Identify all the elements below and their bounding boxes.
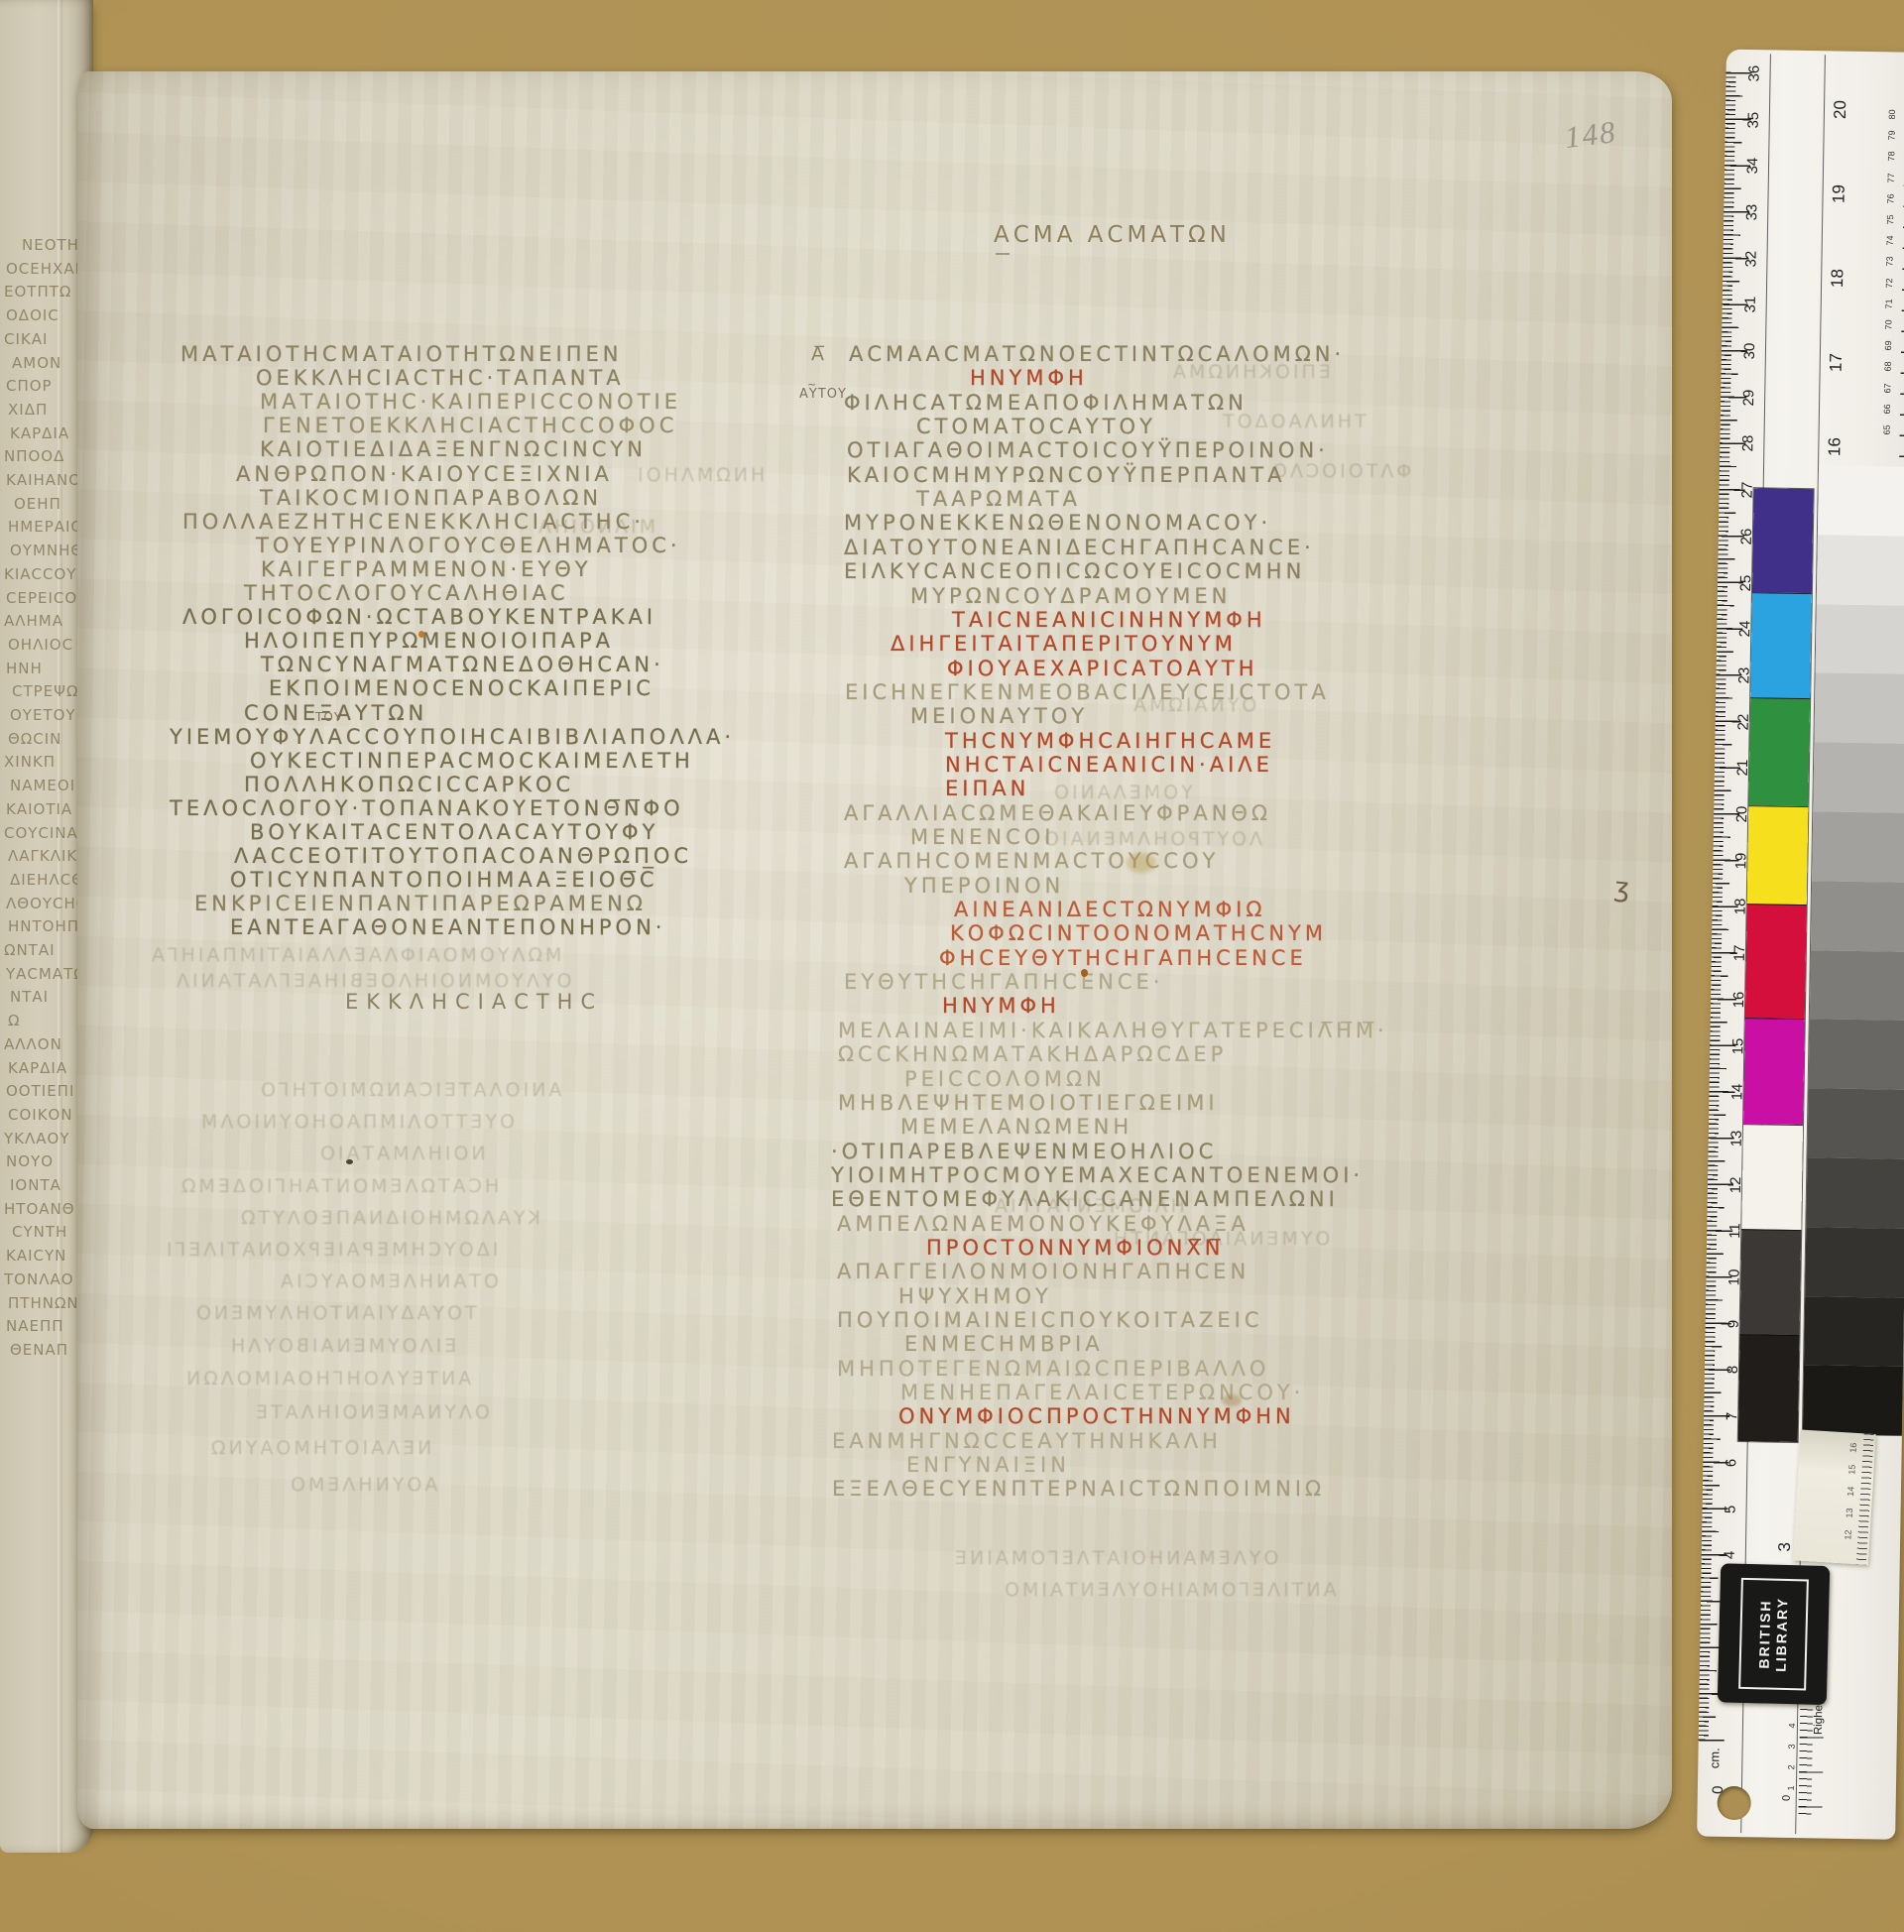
- marginal-correction: ~ΑΥΤΟΥ: [799, 387, 847, 402]
- edge-scale-number: 72: [1884, 273, 1894, 293]
- showthrough-line: ΟΤΑΝΗΛΕΜΟΑΥCΙΑ: [278, 1270, 499, 1292]
- manuscript-text-line: ΟΤΙΑΓΑΘΟΙΜΑCΤΟΙCΟΥΫΠΕΡΟΙΝΟΝ·: [847, 438, 1329, 462]
- manuscript-text-line: ΜΑΤΑΙΟΤΗC·ΚΑΙΠΕΡΙCCΟΝΟΤΙΕ: [260, 390, 681, 414]
- rust-dot: [1081, 969, 1088, 977]
- cm-number: 9: [1725, 1306, 1740, 1342]
- secondary-scale-number: 16: [1828, 426, 1843, 466]
- manuscript-text-line: ΗΨΥΧΗΜΟΥ: [898, 1284, 1052, 1308]
- gray-step: [1818, 465, 1904, 536]
- manuscript-text-line: ΗΝΥΜΦΗ: [942, 994, 1060, 1018]
- manuscript-text-line: ·ΟΤΙΠΑΡΕΒΛΕΨΕΝΜΕΟΗΛΙΟC: [831, 1140, 1217, 1163]
- manuscript-text-line: ΕΞΕΛΘΕCΥΕΝΠΤΕΡΝΑΙCΤΩΝΠΟΙΜΝΙΩ: [832, 1477, 1325, 1501]
- manuscript-text-line: ΔΙΗΓΕΙΤΑΙΤΑΠΕΡΙΤΟΥΝΥΜ: [891, 632, 1237, 656]
- manuscript-text-line: ΦΙΛΗCΑΤΩΜΕΑΠΟΦΙΛΗΜΑΤΩΝ: [844, 391, 1248, 415]
- manuscript-text-line: ΤΩΝCΥΝΑΓΜΑΤΩΝΕΔΟΘΗCΑΝ·: [261, 653, 664, 676]
- manuscript-text-line: CΤΟΜΑΤΟCΑΥΤΟΥ: [916, 415, 1156, 438]
- quire-squiggle-mark: ʒ: [1612, 872, 1631, 904]
- fragment-text-line: ΙΟΝΤΑ: [10, 1176, 61, 1194]
- showthrough-line: ΑΟΥΝΗΛΕΜΟ: [288, 1474, 437, 1496]
- cm-number: 10: [1726, 1260, 1741, 1295]
- fragment-text-line: CΕΡΕΙCΟΥ: [6, 589, 87, 607]
- manuscript-text-line: ΟΥΚΕCΤΙΝΠΕΡΑCΜΟCΚΑΙΜΕΛΕΤΗ: [250, 749, 694, 773]
- gray-step: [1817, 535, 1904, 605]
- cm-number: 34: [1745, 148, 1760, 183]
- cm-number: 14: [1729, 1074, 1744, 1110]
- showthrough-line: ΙΔΟΥCΗΜΕΡΑΙΕΡΧΟΝΑΤΙΛΕΓΙ: [164, 1239, 498, 1261]
- edge-scale-number: 65: [1881, 420, 1891, 439]
- edge-scale-number: 71: [1884, 294, 1894, 313]
- gray-step: [1803, 1366, 1903, 1436]
- edge-scale-number: 67: [1882, 378, 1892, 398]
- fragment-text-line: ΝΟΥΟ: [6, 1152, 54, 1170]
- manuscript-text-line: ΕΝΜΕCΗΜΒΡΙΑ: [904, 1332, 1104, 1356]
- fragment-text-line: ΟΗΛΙΟC: [8, 636, 73, 654]
- edge-scale-number: 76: [1885, 188, 1895, 208]
- fragment-text-line: ΟΥΜΝΗΘ: [10, 542, 83, 559]
- fragment-text-line: ΗΝΗ: [6, 660, 43, 677]
- color-patch-dark-gray: [1740, 1229, 1802, 1335]
- manuscript-text-line: ΕΙCΗΝΕΓΚΕΝΜΕΟΒΑCΙΛΕΥCΕΙCΤΟΤΑ: [845, 680, 1330, 704]
- tail-number: 16: [1847, 1437, 1858, 1458]
- edge-scale-number: 75: [1885, 209, 1895, 229]
- cm-number: 18: [1732, 889, 1747, 924]
- manuscript-text-line: ΑCΜΑΑCΜΑΤΩΝΟΕCΤΙΝΤΩCΑΛΟΜΩΝ·: [849, 342, 1345, 366]
- manuscript-text-line: ΤΟΥΕΥΡΙΝΛΟΓΟΥCΘΕΛΗΜΑΤΟC·: [256, 534, 681, 557]
- edge-scale-number: 70: [1883, 314, 1893, 334]
- fragment-text-line: Ω: [8, 1012, 20, 1029]
- gray-step: [1816, 604, 1904, 674]
- showthrough-line: ΑΝΙΟΛΑΤΕΙCΑΝΩΜΙΟΤΗΓΟ: [258, 1079, 561, 1101]
- cm-numbers: 1234567891011121314151617181920212223242…: [1726, 50, 1904, 53]
- manuscript-text-line: ΦΗCΕΥΘΥΤΗCΗΓΑΠΗCΕΝCΕ: [939, 946, 1307, 970]
- fragment-text-line: ΟΟΤΙΕΠΙ: [6, 1082, 74, 1100]
- manuscript-text-line: ΗΝΥΜΦΗ: [970, 366, 1088, 390]
- manuscript-text-line: ΟΝΥΜΦΙΟCΠΡΟCΤΗΝΝΥΜΦΗΝ: [898, 1404, 1295, 1428]
- showthrough-line: ΝΟΙΗΛΜΑΤΑΙΟ: [317, 1143, 486, 1164]
- cm-number: 23: [1736, 658, 1751, 693]
- fragment-text-line: ΘΩCΙΝ: [8, 730, 61, 748]
- manuscript-text-line: ΗΛΟΙΠΕΠΥΡΩΜΕΝΟΙΟΙΠΑΡΑ: [244, 629, 614, 653]
- tail-number: 13: [1844, 1503, 1854, 1523]
- bottom-scale-number: 2: [1786, 1757, 1796, 1777]
- fragment-text-line: ΟΕΗΠ: [14, 495, 61, 513]
- showthrough-line: ΟΥΕΤΤΟΛΙΜΠΑΟΗΟΥΝΙΟΛΜ: [198, 1111, 515, 1133]
- color-patch-black: [1738, 1334, 1800, 1442]
- fragment-text-line: ΘΕΝΑΠ: [10, 1341, 68, 1359]
- manuscript-text-line: ΠΟΛΛΑΕΖΗΤΗCΕΝΕΚΚΛΗCΙΑCΤΗC·: [182, 510, 645, 534]
- manuscript-text-line: ΛΟΓΟΙCΟΦΩΝ·ΩCΤΑΒΟΥΚΕΝΤΡΑΚΑΙ: [182, 605, 656, 629]
- manuscript-text-line: ΚΟΦΩCΙΝΤΟΟΝΟΜΑΤΗCΝΥΜ: [950, 921, 1327, 945]
- showthrough-line: ΦΛΤΟΙΟCΛΟ: [1269, 460, 1411, 482]
- manuscript-text-line: ΚΑΙΟCΜΗΜΥΡΩΝCΟΥΫΠΕΡΠΑΝΤΑ: [847, 463, 1285, 487]
- showthrough-line: ΟΥΛΥΟΜΝΟΙΗΛΟΕΒΙΗΑΕΓΛΑΤΑΝΙΛ: [174, 970, 571, 992]
- manuscript-text-line: ΥΙΟΙΜΗΤΡΟCΜΟΥΕΜΑΧΕCΑΝΤΟΕΝΕΜΟΙ·: [831, 1163, 1364, 1187]
- cm-number: 30: [1742, 333, 1757, 369]
- fragment-text-line: ΚΑΡΔΙΑ: [10, 424, 69, 442]
- edge-scale-number: 74: [1885, 231, 1895, 251]
- cm-number: 25: [1738, 564, 1753, 600]
- cm-number: 33: [1744, 194, 1759, 230]
- gray-step: [1804, 1296, 1904, 1367]
- manuscript-text-line: ΦΙΟΥΑΕΧΑΡΙCΑΤΟΑΥΤΗ: [947, 657, 1258, 680]
- fragment-text-line: ΑΛΗΜΑ: [4, 612, 63, 630]
- british-library-label-frame: BRITISH LIBRARY: [1738, 1578, 1809, 1691]
- tail-ticks: [1856, 1433, 1874, 1564]
- manuscript-text-line: ΤΗCΝΥΜΦΗCΑΙΗΓΗCΑΜΕ: [945, 729, 1275, 753]
- manuscript-text-line: ΕΑΝΜΗΓΝΩCCΕΑΥΤΗΝΗΚΑΛΗ: [832, 1429, 1222, 1453]
- manuscript-text-line: ΚΑΙΟΤΙΕΔΙΔΑΞΕΝΓΝΩCΙΝCΥΝ: [260, 437, 647, 461]
- cm-number: 21: [1735, 750, 1750, 785]
- manuscript-text-line: ΕΥΘΥΤΗCΗΓΑΠΗCΕΝCΕ·: [844, 970, 1163, 994]
- manuscript-text-line: ΑΝΘΡΩΠΟΝ·ΚΑΙΟΥCΕΞΙΧΝΙΑ: [236, 462, 613, 486]
- tail-number: 12: [1843, 1524, 1853, 1545]
- color-patch-yellow: [1747, 805, 1809, 905]
- book-title-header: ΑCΜΑ ΑCΜΑΤΩΝ: [994, 222, 1231, 248]
- cm-number: 16: [1731, 982, 1746, 1018]
- fragment-text-line: ΗΤΟΑΝΘ: [4, 1200, 75, 1218]
- manuscript-text-line: ΕΘΕΝΤΟΜΕΦΥΛΑΚΙCCΑΝΕΝΑΜΠΕΛΩΝΙ: [831, 1187, 1339, 1211]
- cm-number: 17: [1732, 935, 1747, 971]
- gray-step: [1805, 1227, 1904, 1297]
- fragment-text-line: ΚΑΡΔΙΑ: [8, 1059, 67, 1077]
- cm-number: 24: [1737, 611, 1752, 647]
- tail-number: 15: [1846, 1459, 1857, 1480]
- cm-number: 8: [1725, 1352, 1740, 1388]
- showthrough-line: ΚΥΑΛΩΜΗΟΙΔΝΑΠΕΟΛΥΤΩ: [238, 1207, 540, 1229]
- showthrough-line: ΑΝΤΙΛΕΓΟΜΑΙΗΟΥΛΕΝΤΑΙΜΟ: [1002, 1579, 1337, 1601]
- fragment-text-line: ΠΤΗΝΩΝ: [8, 1294, 79, 1312]
- fragment-text-line: CΥΝΤΗ: [12, 1223, 67, 1241]
- manuscript-text-line: ΤΑΙCΝΕΑΝΙCΙΝΗΝΥΜΦΗ: [952, 608, 1266, 632]
- fragment-text-line: ΟΔΟΙC: [6, 306, 59, 324]
- cm-number: 27: [1739, 472, 1754, 508]
- gray-step: [1807, 1088, 1904, 1158]
- fragment-text-line: ΗΝΤΟΗΠ: [8, 917, 79, 935]
- manuscript-text-line: ΚΑΙΓΕΓΡΑΜΜΕΝΟΝ·ΕΥΘΥ: [261, 557, 592, 581]
- secondary-scale-number: 18: [1831, 258, 1845, 298]
- gray-step: [1809, 1020, 1904, 1090]
- fragment-text-line: CΟΥCΙΝΑ: [4, 824, 78, 842]
- manuscript-text-line: ΜΥΡΟΝΕΚΚΕΝΩΘΕΝΟΝΟΜΑCΟΥ·: [844, 511, 1271, 535]
- edge-ticks: [1899, 102, 1904, 484]
- fragment-text-line: ΥΚΛΑΟΥ: [4, 1130, 70, 1147]
- secondary-scale-number: 17: [1829, 342, 1844, 382]
- secondary-scale-number: 3: [1778, 1527, 1793, 1567]
- fragment-text-line: ΝΑΜΕΟΙ: [10, 777, 75, 794]
- manuscript-text-line: ΤΗΤΟCΛΟΓΟΥCΑΛΗΘΙΑC: [244, 581, 569, 605]
- fragment-text-line: CΟΙΚΟΝ: [8, 1106, 73, 1124]
- manuscript-text-line: ΕΚΠΟΙΜΕΝΟCΕΝΟCΚΑΙΠΕΡΙC: [269, 676, 654, 700]
- fragment-text-line: ΧΙΝΚΠ: [4, 753, 56, 771]
- showthrough-line: ΕΙΛΟΥΜΕΝΑΙΒΟΥΛΗ: [228, 1335, 456, 1357]
- manuscript-text-line: ΑΜΠΕΛΩΝΑΕΜΟΝΟΥΚΕΦΥΛΑΞΑ: [837, 1212, 1249, 1236]
- bottom-scale-number: 4: [1787, 1716, 1797, 1736]
- fragment-text-line: CΠΟΡ: [6, 377, 53, 395]
- manuscript-text-line: ΕΑΝΤΕΑΓΑΘΟΝΕΑΝΤΕΠΟΝΗΡΟΝ·: [230, 915, 665, 939]
- gray-step: [1813, 742, 1904, 812]
- manuscript-text-line: ΥΠΕΡΟΙΝΟΝ: [904, 874, 1064, 898]
- manuscript-text-line: ΓΕΝΕΤΟΕΚΚΛΗCΙΑCΤΗCCΟΦΟC: [263, 414, 677, 437]
- british-library-label-line2: LIBRARY: [1773, 1597, 1792, 1672]
- showthrough-line: ΟΛΥΝΑΜΕΝΟΙΗΛΑΤΕ: [253, 1401, 490, 1423]
- manuscript-text-line: ΤΑΑΡΩΜΑΤΑ: [916, 487, 1081, 511]
- book-subscription: ΕΚΚΛΗCΙΑCΤΗC: [345, 990, 603, 1014]
- cm-number: 35: [1746, 102, 1761, 138]
- color-patch-white: [1741, 1124, 1803, 1230]
- color-patch-red: [1745, 904, 1807, 1019]
- manuscript-text-line: ΜΕΜΕΛΑΝΩΜΕΝΗ: [900, 1115, 1132, 1139]
- edge-scale-number: 73: [1884, 252, 1894, 272]
- manuscript-text-line: ΑΓΑΠΗCΟΜΕΝΜΑCΤΟΥCCΟΥ: [844, 849, 1219, 873]
- ruler: 1234567891011121314151617181920212223242…: [1697, 50, 1904, 1840]
- fragment-text-line: ΟΥΕΤΟΥ: [10, 706, 76, 724]
- cm-number: 11: [1727, 1213, 1742, 1249]
- color-patch-blue: [1750, 592, 1812, 698]
- fragment-text-line: ΤΟΝΛΑΟ: [4, 1270, 74, 1288]
- edge-scale-number: 66: [1882, 399, 1892, 419]
- fragment-text-line: ΗΜΕΡΑΙC: [8, 518, 82, 536]
- edge-scale-number: 80: [1887, 104, 1897, 124]
- ink-speck: [346, 1159, 353, 1164]
- bottom-scale-number: 3: [1786, 1737, 1796, 1756]
- manuscript-text-line: ΑΙΝΕΑΝΙΔΕCΤΩΝΥΜΦΙΩ: [954, 898, 1265, 921]
- color-patch-green: [1748, 697, 1810, 806]
- manuscript-text-line: ΜΕΛΑΙΝΑΕΙΜΙ·ΚΑΙΚΑΛΗΘΥΓΑΤΕΡΕCΙΛ̅Η̅Μ̅·: [838, 1019, 1388, 1042]
- manuscript-text-line: ΔΙΑΤΟΥΤΟΝΕΑΝΙΔΕCΗΓΑΠΗCΑΝCΕ·: [844, 536, 1315, 559]
- manuscript-text-line: ΕΝΓΥΝΑΙΞΙΝ: [906, 1453, 1070, 1477]
- gray-step: [1811, 881, 1904, 951]
- cm-number: 36: [1746, 56, 1761, 91]
- fragment-text-line: ΛΘΟΥCΗC: [6, 895, 87, 912]
- cm-number: 29: [1741, 380, 1756, 416]
- edge-scale-number: 78: [1886, 147, 1896, 167]
- folio-number: 148: [1563, 114, 1618, 156]
- manuscript-text-line: ΜΑΤΑΙΟΤΗCΜΑΤΑΙΟΤΗΤΩΝΕΙΠΕΝ: [180, 342, 623, 366]
- manuscript-text-line: ΑΓΑΛΛΙΑCΩΜΕΘΑΚΑΙΕΥΦΡΑΝΘΩ: [844, 801, 1271, 825]
- manuscript-text-line: ΒΟΥΚΑΙΤΑCΕΝΤΟΛΑCΑΥΤΟΥΦΥ: [250, 820, 658, 844]
- cm-number: 5: [1723, 1491, 1737, 1526]
- manuscript-text-line: ΜΗΒΛΕΨΗΤΕΜΟΙΟΤΙΕΓΩΕΙΜΙ: [838, 1091, 1219, 1115]
- manuscript-text-line: ΤΕΛΟCΛΟΓΟΥ·ΤΟΠΑΝΑΚΟΥΕΤΟΝΘ̅Ν̅ΦΟ: [170, 796, 684, 820]
- edge-scale-numbers: 80797877767574737271706968676665: [1726, 50, 1904, 53]
- cm-number: 15: [1730, 1027, 1745, 1063]
- tail-number: 14: [1845, 1481, 1856, 1502]
- fragment-text-line: ΝΠΟΟΔ: [4, 447, 64, 465]
- fragment-text-line: ΚΑΙCΥΝ: [6, 1247, 66, 1265]
- manuscript-text-line: ΜΕΝΕΝCΟΙ: [910, 825, 1054, 849]
- cm-number: 28: [1740, 425, 1755, 461]
- showthrough-line: ΛΟΥΤΡΟΗΛΜΕΝΑΙΟ: [1041, 828, 1262, 850]
- gray-step: [1812, 811, 1904, 882]
- gray-step: [1814, 673, 1904, 744]
- manuscript-text-line: ΕΙΠΑΝ: [945, 777, 1029, 800]
- manuscript-text-line: ΕΝΚΡΙCΕΙΕΝΠΑΝΤΙΠΑΡΕΩΡΑΜΕΝΩ: [194, 892, 647, 915]
- manuscript-text-line: ΠΟΥΠΟΙΜΑΙΝΕΙCΠΟΥΚΟΙΤΑΖΕΙC: [837, 1308, 1263, 1332]
- fragment-text-line: ΥΑCΜΑΤΩ: [6, 965, 86, 983]
- grayscale-strip-tail: 1615141312: [1793, 1430, 1876, 1565]
- gray-step: [1806, 1157, 1904, 1228]
- showthrough-line: ΑΝΤΕΥΛΟΗΓΗΟΑΙΜΟΛΩΝ: [183, 1368, 471, 1389]
- fragment-text-line: ΚΑΙΟΤΙΑ: [6, 800, 72, 818]
- cm-number: 22: [1735, 704, 1750, 740]
- color-patch-purple: [1752, 488, 1814, 593]
- manuscript-text-line: ΟΤΙCΥΝΠΑΝΤΟΠΟΙΗΜΑΑΞΕΙΟΘ̅C̅: [230, 868, 658, 892]
- secondary-scale-number: 20: [1834, 89, 1848, 129]
- edge-scale-number: 79: [1886, 126, 1896, 146]
- manuscript-text-line: ΕΙΛΚΥCΑΝCΕΟΠΙCΩCΟΥΕΙCΟCΜΗΝ: [844, 559, 1305, 583]
- fragment-text-line: ΑΛΛΟΝ: [4, 1035, 62, 1053]
- edge-scale-number: 69: [1883, 336, 1893, 356]
- manuscript-photo: ΝΕΟΤΗΟCΕΗΧΑΡΕΟΤΠΤΩΟΔΟΙCCΙΚΑΙΑΜΟΝCΠΟΡΧΙΔΠ…: [0, 0, 1904, 1932]
- cm-number: 20: [1734, 796, 1749, 832]
- fragment-text-line: ΚΙΑCCΟΥ: [4, 565, 76, 583]
- manuscript-text-line: ΥΙΕΜΟΥΦΥΛΑCCΟΥΠΟΙΗCΑΙΒΙΒΛΙΑΠΟΛΛΑ·: [170, 725, 735, 749]
- manuscript-text-line: ΝΗCΤΑΙCΝΕΑΝΙCΙΝ·ΑΙΛΕ: [945, 753, 1273, 777]
- fragment-text-line: CΙΚΑΙ: [4, 330, 48, 348]
- orange-fleck: [418, 631, 424, 638]
- cm-number: 19: [1733, 843, 1748, 879]
- manuscript-text-line: ΠΡΟCΤΟΝΝΥΜΦΙΟΝΧ̅Ν̅: [926, 1236, 1224, 1260]
- showthrough-line: ΝΕΛΑΙΟΤΗΜΟΑΥΝΩ: [208, 1437, 431, 1459]
- fragment-text-line: ΚΑΙΗΑΝΟ: [6, 471, 81, 489]
- cm-number: 7: [1725, 1398, 1739, 1434]
- cm-number: 13: [1728, 1121, 1743, 1156]
- yellow-stain: [1127, 853, 1156, 873]
- cm-number: 12: [1728, 1166, 1743, 1202]
- scale-zero-label: 0: [1781, 1788, 1793, 1808]
- edge-scale-number: 77: [1886, 168, 1896, 187]
- secondary-scale-number: 19: [1832, 174, 1846, 213]
- edge-scale-number: 68: [1883, 357, 1893, 377]
- manuscript-text-line: ΜΕΝΗΕΠΑΓΕΛΑΙCΕΤΕΡΩΝCΟΥ·: [900, 1381, 1304, 1404]
- manuscript-text-line: ΜΕΙΟΝΑΥΤΟΥ: [910, 704, 1088, 728]
- fragment-text-line: ΝΕΟΤΗ: [22, 236, 79, 254]
- interlinear-correction: ΤΟΥ: [315, 710, 342, 724]
- fragment-text-line: ΑΜΟΝ: [12, 354, 61, 372]
- cm-number: 32: [1743, 241, 1758, 277]
- cm-number: 26: [1739, 519, 1754, 554]
- ruler-hole: [1717, 1786, 1751, 1821]
- manuscript-text-line: ΜΗΠΟΤΕΓΕΝΩΜΑΙΩCΠΕΡΙΒΑΛΛΟ: [837, 1357, 1269, 1381]
- manuscript-text-line: ΩCCΚΗΝΩΜΑΤΑΚΗΔΑΡΩCΔΕΡ: [838, 1042, 1227, 1066]
- manuscript-text-line: ΜΥΡΩΝCΟΥΔΡΑΜΟΥΜΕΝ: [910, 584, 1231, 608]
- fragment-text-line: ΝΑΕΠΠ: [6, 1317, 64, 1335]
- chapter-number-marginal: Α̅: [811, 343, 824, 365]
- bottom-scale-numbers: 4321: [1726, 50, 1904, 53]
- gray-step: [1810, 950, 1904, 1021]
- cm-unit-label: cm.: [1707, 1741, 1722, 1776]
- british-library-label: BRITISH LIBRARY: [1718, 1563, 1831, 1705]
- brown-smudge: [1222, 1394, 1242, 1406]
- manuscript-text-line: ΠΟΛΛΗΚΟΠΩCΙCCΑΡΚΟC: [244, 773, 574, 796]
- grayscale-calibration-strip: [1803, 465, 1904, 1436]
- british-library-label-line1: BRITISH: [1756, 1599, 1775, 1668]
- cm-number: 31: [1742, 287, 1757, 322]
- manuscript-text-line: ΑΠΑΓΓΕΙΛΟΝΜΟΙΟΝΗΓΑΠΗCΕΝ: [837, 1260, 1249, 1283]
- showthrough-line: ΗCΑΤΩΛΕΜΟΝΤΑΗΓΙΟΔΕΜΩ: [178, 1175, 499, 1197]
- fragment-text-line: ΩΝΤΑΙ: [4, 941, 56, 959]
- manuscript-text-line: ΤΑΙΚΟCΜΙΟΝΠΑΡΑΒΟΛΩΝ: [260, 486, 602, 510]
- showthrough-line: ΜΩΛΥΟΜΟΑΙΦΛΑΕΛΛΑΙΑΤΙΜΠΑΙΗΓΑ: [149, 944, 561, 966]
- fragment-text-line: ΟCΕΗΧΑΡ: [6, 260, 85, 278]
- fragment-text-line: CΤΡΕΨΩ: [12, 682, 78, 700]
- showthrough-line: ΗΝΩΜΛΗΟΙ: [635, 464, 765, 486]
- manuscript-text-line: ΛΑCCΕΟΤΙΤΟΥΤΟΠΑCΟΑΝΘΡΩΠΟC: [234, 844, 692, 868]
- cm-number: 6: [1724, 1445, 1738, 1481]
- showthrough-line: ΟΥΛΕΜΑΝΗΟΙΑΤΛΕΓΟΜΑΙΝΕ: [952, 1547, 1278, 1569]
- fragment-text-line: ΧΙΔΠ: [8, 401, 48, 419]
- secondary-scale-numbers: 20191817163: [1726, 50, 1904, 53]
- showthrough-line: ΤΟΥΑΔΥΙΑΝΤΟΗΛΥΜΕΝΟ: [193, 1302, 477, 1324]
- fragment-text-line: ΝΤΑΙ: [10, 988, 49, 1006]
- manuscript-text-line: ΟΕΚΚΛΗCΙΑCΤΗC·ΤΑΠΑΝΤΑ: [256, 366, 625, 390]
- color-patch-magenta: [1743, 1018, 1805, 1125]
- manuscript-text-line: ΡΕΙCCΟΛΟΜΩΝ: [904, 1067, 1106, 1091]
- fragment-text-line: ΕΟΤΠΤΩ: [4, 283, 71, 301]
